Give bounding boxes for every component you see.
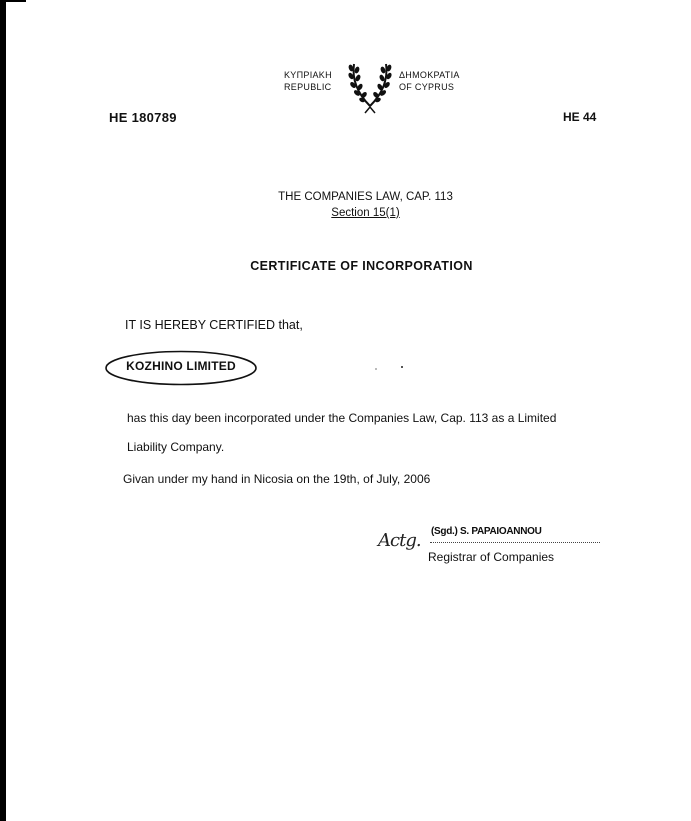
handwritten-signature: Actg. <box>378 530 421 551</box>
company-name-oval: KOZHINO LIMITED <box>104 350 258 386</box>
law-section: Section 15(1) <box>0 207 691 219</box>
form-code: HE 44 <box>563 110 596 124</box>
scan-speck <box>401 366 403 368</box>
incorporation-statement-cont: Liability Company. <box>127 440 224 454</box>
law-title: THE COMPANIES LAW, CAP. 113 <box>0 191 691 203</box>
laurel-wreath-icon <box>340 60 400 115</box>
signature-line <box>430 538 600 543</box>
emblem-left-text: ΚΥΠΡΙΑΚΗ REPUBLIC <box>284 69 332 93</box>
incorporation-statement: has this day been incorporated under the… <box>127 411 556 425</box>
certificate-title: CERTIFICATE OF INCORPORATION <box>0 259 691 273</box>
given-date-line: Givan under my hand in Nicosia on the 19… <box>123 472 430 486</box>
cyprus-emblem: ΚΥΠΡΙΑΚΗ REPUBLIC <box>280 60 480 115</box>
scan-edge-tick <box>0 0 26 2</box>
company-name: KOZHINO LIMITED <box>104 348 258 384</box>
scan-edge-bar <box>0 0 6 821</box>
scan-speck <box>375 368 377 370</box>
signed-name: (Sgd.) S. PAPAIOANNOU <box>431 526 542 537</box>
emblem-greek-left: ΚΥΠΡΙΑΚΗ <box>284 69 332 81</box>
emblem-right-text: ΔΗΜΟΚΡΑΤΙΑ OF CYPRUS <box>399 69 460 93</box>
registrar-title: Registrar of Companies <box>428 550 554 564</box>
certified-intro: IT IS HEREBY CERTIFIED that, <box>125 318 303 332</box>
emblem-english-left: REPUBLIC <box>284 81 332 93</box>
emblem-english-right: OF CYPRUS <box>399 81 460 93</box>
emblem-greek-right: ΔΗΜΟΚΡΑΤΙΑ <box>399 69 460 81</box>
reference-number: HE 180789 <box>109 110 177 125</box>
